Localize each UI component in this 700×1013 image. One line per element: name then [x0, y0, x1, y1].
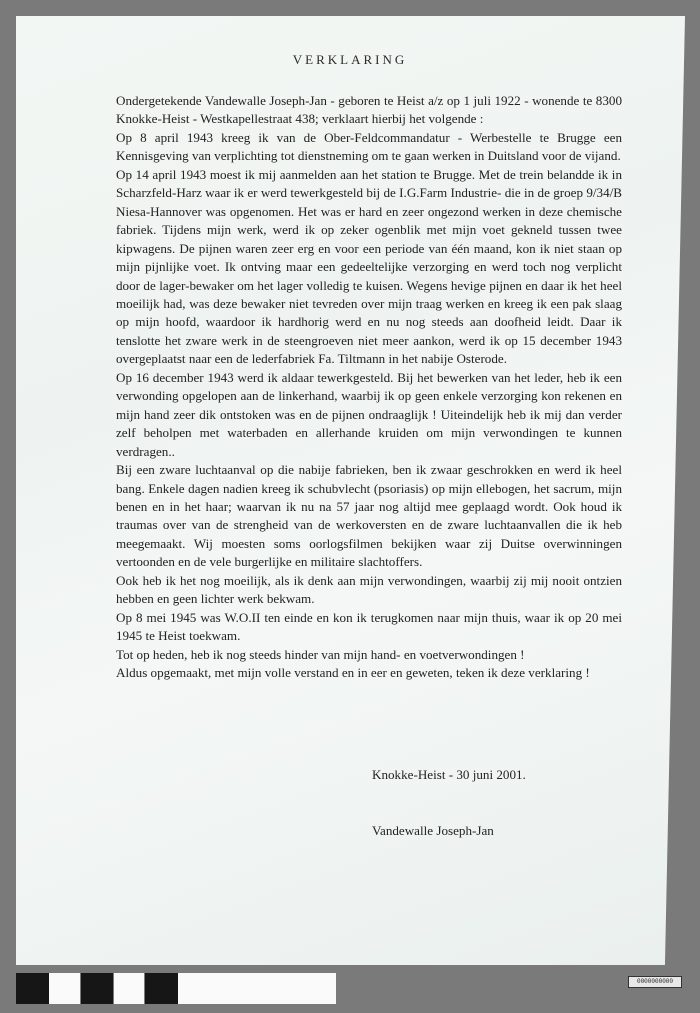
paragraph: Op 14 april 1943 moest ik mij aanmelden … — [116, 166, 622, 369]
calibration-black-patch — [145, 973, 178, 1004]
calibration-white-patch — [114, 973, 144, 1004]
paragraph: Aldus opgemaakt, met mijn volle verstand… — [116, 664, 622, 682]
paragraph: Op 8 april 1943 kreeg ik van de Ober-Fel… — [116, 129, 622, 166]
calibration-white-patch — [49, 973, 80, 1004]
document-title: VERKLARING — [0, 52, 700, 68]
calibration-black-patch — [81, 973, 113, 1004]
place-date: Knokke-Heist - 30 juni 2001. — [372, 767, 526, 783]
document-body: Ondergetekende Vandewalle Joseph-Jan - g… — [116, 92, 622, 683]
paragraph: Bij een zware luchtaanval op die nabije … — [116, 461, 622, 572]
calibration-white-patch — [178, 973, 336, 1004]
signature: Vandewalle Joseph-Jan — [372, 823, 494, 839]
calibration-black-patch — [16, 973, 49, 1004]
paragraph: Tot op heden, heb ik nog steeds hinder v… — [116, 646, 622, 664]
paragraph: Ook heb ik het nog moeilijk, als ik denk… — [116, 572, 622, 609]
paragraph: Op 16 december 1943 werd ik aldaar tewer… — [116, 369, 622, 461]
paragraph: Op 8 mei 1945 was W.O.II ten einde en ko… — [116, 609, 622, 646]
paragraph: Ondergetekende Vandewalle Joseph-Jan - g… — [116, 92, 622, 129]
archive-label: 0000000000 — [628, 976, 682, 988]
